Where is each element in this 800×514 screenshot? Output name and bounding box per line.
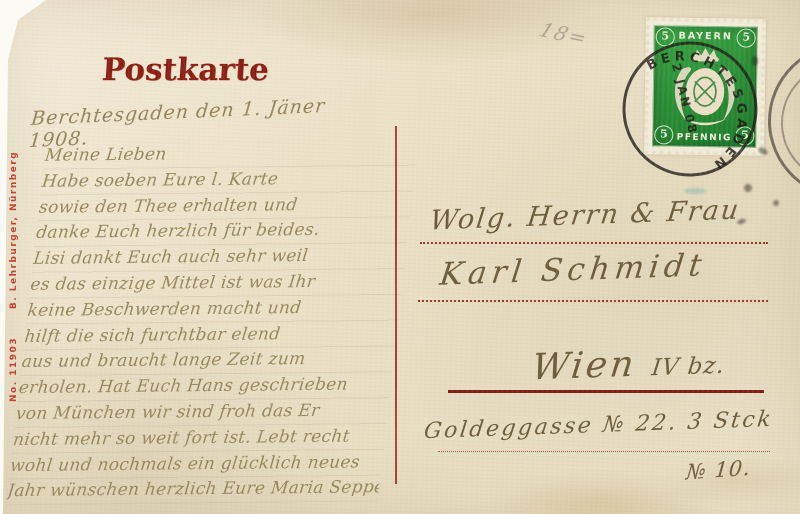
address-divider-rule [395,126,397,484]
message-line: hilft die sich furchtbar elend [23,321,398,351]
message-line: aus und braucht lange Zeit zum [20,346,395,376]
message-line: Lisi dankt Euch auch sehr weil [32,243,407,273]
message-block: Meine Lieben Habe soeben Eure l. Karte s… [6,140,419,505]
ink-smudge [744,184,752,192]
postcard-title: Postkarte [101,52,270,88]
scan-background: { "scan": { "pencil_mark": "18=" }, "car… [0,0,800,514]
message-line: von München wir sind froh das Er [14,398,389,428]
message-line: Jahr wünschen herzlich Eure Maria Seppe. [6,476,381,506]
postcard: No. 11903 B. Lehrburger, Nürnberg Postka… [0,0,800,514]
message-line: danke Euch herzlich für beides. [35,217,410,247]
address-city: Wien [530,344,639,389]
message-line: erholen. Hat Euch Hans geschrieben [17,372,392,402]
address-name: Karl Schmidt [438,247,709,292]
pencil-mark: 18= [536,18,592,51]
address-apartment: № 10. [685,456,752,485]
message-line: Habe soeben Eure l. Karte [40,166,415,196]
publisher-imprint: No. 11903 B. Lehrburger, Nürnberg [9,150,19,402]
message-line: keine Beschwerden macht und [26,295,401,325]
address-street: Goldeggasse № 22. 3 Stck [423,407,775,444]
ink-smudge [773,200,779,206]
address-rule-solid [448,390,764,393]
address-rule-dotted-2 [418,300,768,302]
address-rule-dotted-1 [420,242,768,244]
address-district: IV bz. [650,353,726,382]
message-line: es das einzige Mittel ist was Ihr [29,269,404,299]
message-line: Meine Lieben [43,140,418,170]
ink-smudge [752,56,758,66]
address-city-line: WienIV bz. [530,341,728,389]
message-line: nicht mehr so weit fort ist. Lebt recht [12,424,387,454]
message-line: sowie den Thee erhalten und [38,191,413,221]
address-rule-dotted-3 [438,451,770,452]
message-line: wohl und nochmals ein glücklich neues [9,450,384,480]
